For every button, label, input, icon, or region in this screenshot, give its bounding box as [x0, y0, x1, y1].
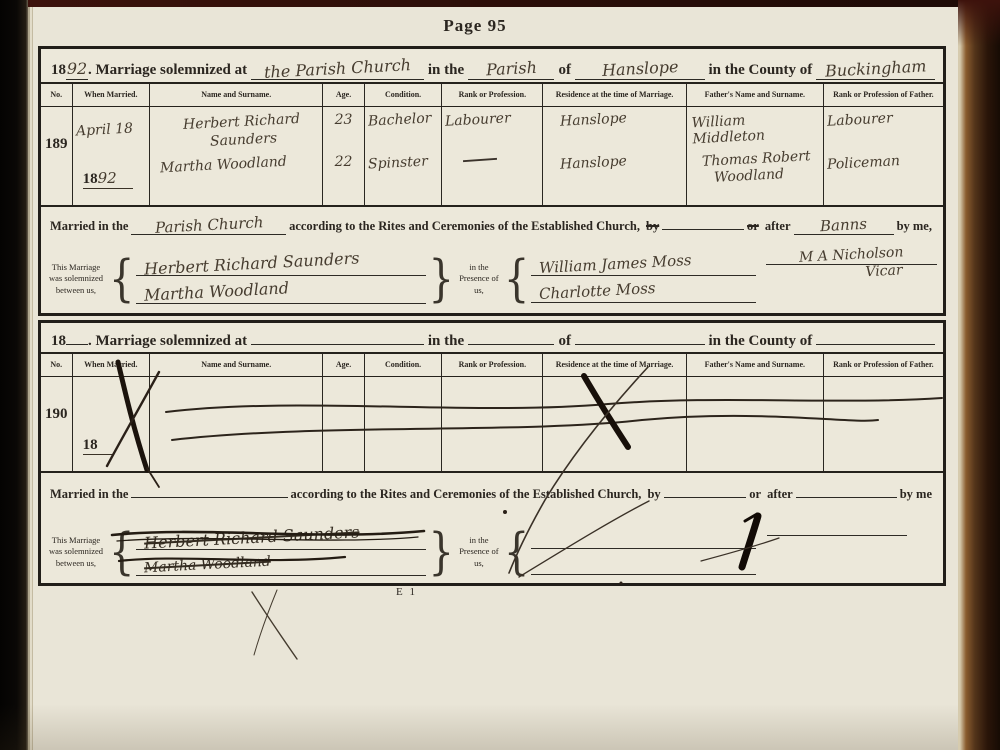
col-header-no: No. [41, 354, 73, 376]
county-handwritten: Buckingham [824, 56, 926, 80]
register-book-page: Page 95 1892. Marriage solemnized at the… [0, 0, 1000, 750]
married-in-place-blank [131, 493, 287, 498]
col-header-residence: Residence at the time of Marriage. [543, 354, 686, 376]
ages-cell-empty [323, 377, 364, 471]
witness-1-signature: William James Moss [539, 251, 692, 277]
plate-mark: E 1 [396, 586, 417, 598]
close-brace-glyph: } [428, 527, 453, 577]
bride-father-name-line2: Woodland [713, 166, 784, 186]
county-label: in the County of [709, 62, 813, 79]
marriage-year-prefix: 18 [83, 171, 98, 187]
entry-190-married-in-line: Married in the according to the Rites an… [41, 473, 943, 514]
names-cell: Herbert Richard Saunders Martha Woodland [150, 107, 323, 205]
rites-label: according to the Rites and Ceremonies of… [291, 487, 642, 502]
officiant-blank-line [767, 518, 907, 536]
bride-signature-crossed-out: Martha Woodland [144, 554, 272, 577]
father-name-cell: William Middleton Thomas Robert Woodland [687, 107, 824, 205]
by-label: by [647, 487, 660, 502]
year-prefix-printed: 18 [83, 437, 114, 455]
page-stack-edge-lines [28, 7, 36, 750]
when-married-cell: 18 [73, 377, 151, 471]
col-header-age: Age. [323, 354, 364, 376]
solemnized-at-label: . Marriage solemnized at [88, 333, 247, 350]
condition-cell: Bachelor Spinster [365, 107, 443, 205]
entry-190-signature-block: This Marriage was solemnized between us,… [41, 514, 943, 592]
entry-190-header-line: 18. Marriage solemnized at in the of in … [41, 323, 943, 352]
entry-189-column-headers: No. When Married. Name and Surname. Age.… [41, 82, 943, 107]
licence-blank [664, 493, 747, 498]
names-cell-empty [150, 377, 323, 471]
col-header-when-married: When Married. [73, 84, 151, 106]
col-header-when-married: When Married. [73, 354, 151, 376]
year-suffix-handwritten: 92 [67, 59, 87, 78]
this-marriage-label: This Marriage was solemnized between us, [45, 535, 107, 568]
banns-blank [796, 493, 897, 498]
of-label: of [558, 333, 571, 350]
residence-cell-empty [543, 377, 686, 471]
groom-signature-crossed-out: Herbert Richard Saunders [144, 522, 360, 552]
licence-blank [662, 225, 744, 230]
groom-name-line2: Saunders [209, 130, 277, 149]
book-gutter-left-edge [0, 0, 28, 750]
bride-name: Martha Woodland [159, 154, 287, 177]
entry-189-data-row: 189 April 18 1892 Herbert Richard Saunde… [41, 107, 943, 207]
year-prefix-printed: 18 [51, 333, 66, 350]
district-blank [468, 340, 554, 345]
groom-signature: Herbert Richard Saunders [144, 248, 360, 278]
entry-number: 190 [44, 406, 69, 423]
col-header-condition: Condition. [365, 354, 443, 376]
county-label: in the County of [709, 333, 813, 350]
close-brace-glyph: } [428, 254, 453, 304]
bride-signature: Martha Woodland [144, 278, 290, 305]
in-the-label: in the [428, 62, 464, 79]
groom-profession: Labourer [445, 110, 511, 129]
bride-father-profession: Policeman [826, 153, 900, 173]
col-header-name-surname: Name and Surname. [150, 84, 323, 106]
entry-189-header-line: 1892. Marriage solemnized at the Parish … [41, 49, 943, 82]
col-header-rank-profession: Rank or Profession. [442, 354, 543, 376]
witness-2-signature: Charlotte Moss [539, 279, 656, 303]
entry-190-data-row: 190 18 [41, 377, 943, 473]
marriage-year-suffix-handwritten: 92 [98, 169, 117, 187]
father-profession-cell-empty [824, 377, 943, 471]
of-label: of [558, 62, 571, 79]
or-label: or [749, 487, 761, 502]
witness-2-blank-line [531, 555, 756, 575]
groom-name-line1: Herbert Richard [183, 111, 301, 133]
col-header-name-surname: Name and Surname. [150, 354, 323, 376]
entry-190-column-headers: No. When Married. Name and Surname. Age.… [41, 352, 943, 377]
witness-1-blank-line [531, 529, 756, 549]
col-header-rank-profession: Rank or Profession. [442, 84, 543, 106]
bride-residence: Hanslope [560, 153, 628, 172]
open-brace-glyph: { [504, 527, 529, 577]
by-me-label: by me, [897, 219, 932, 234]
married-in-label: Married in the [50, 219, 128, 234]
groom-father-profession: Labourer [826, 110, 892, 129]
church-name-blank [251, 340, 424, 345]
book-cover-top-edge [0, 0, 1000, 7]
rites-label: according to the Rites and Ceremonies of… [289, 219, 640, 234]
after-label: after [767, 487, 793, 502]
profession-cell: Labourer [442, 107, 543, 205]
by-me-label: by me [900, 487, 932, 502]
col-header-condition: Condition. [365, 84, 443, 106]
entry-189-married-in-line: Married in the Parish Church according t… [41, 207, 943, 243]
page-number: Page 95 [0, 16, 950, 36]
entry-number-cell: 190 [41, 377, 73, 471]
marriage-year-prefix: 18 [83, 437, 98, 453]
col-header-age: Age. [323, 84, 364, 106]
col-header-residence: Residence at the time of Marriage. [543, 84, 686, 106]
open-brace-glyph: { [504, 254, 529, 304]
parish-blank [575, 340, 705, 345]
col-header-father-profession: Rank or Profession of Father. [824, 84, 943, 106]
by-label-struck: by [646, 219, 659, 234]
entry-number: 189 [44, 136, 69, 153]
condition-cell-empty [365, 377, 443, 471]
in-the-label: in the [428, 333, 464, 350]
after-label: after [765, 219, 791, 234]
district-handwritten: Parish [485, 58, 537, 80]
parish-handwritten: Hanslope [601, 57, 678, 80]
marriage-year: 1892 [83, 169, 133, 189]
col-header-father-name: Father's Name and Surname. [687, 354, 824, 376]
banns-handwritten: Banns [820, 215, 868, 235]
marriage-date-handwritten: April 18 [75, 121, 133, 140]
when-married-cell: April 18 1892 [73, 107, 151, 205]
year-suffix-blank [66, 340, 88, 345]
father-profession-cell: Labourer Policeman [824, 107, 943, 205]
this-marriage-label: This Marriage was solemnized between us, [45, 262, 107, 295]
presence-label: in the Presence of us, [456, 535, 502, 568]
bride-age: 22 [326, 154, 360, 170]
col-header-father-profession: Rank or Profession of Father. [824, 354, 943, 376]
groom-residence: Hanslope [560, 110, 628, 129]
open-brace-glyph: { [109, 254, 134, 304]
marriage-entry-189-form: 1892. Marriage solemnized at the Parish … [38, 46, 946, 316]
profession-cell-empty [442, 377, 543, 471]
groom-age: 23 [326, 112, 360, 128]
ages-cell: 23 22 [323, 107, 364, 205]
married-in-label: Married in the [50, 487, 128, 502]
residence-cell: Hanslope Hanslope [543, 107, 686, 205]
open-brace-glyph: { [109, 527, 134, 577]
groom-father-name: William Middleton [691, 109, 821, 148]
entry-number-cell: 189 [41, 107, 73, 205]
bride-condition: Spinster [367, 153, 428, 172]
married-in-place-handwritten: Parish Church [154, 213, 263, 237]
solemnized-at-label: . Marriage solemnized at [88, 62, 247, 79]
marriage-entry-190-form: 18. Marriage solemnized at in the of in … [38, 320, 946, 586]
book-cover-right-edge [958, 0, 1000, 750]
bride-profession-dash-stroke [463, 158, 497, 162]
church-name-handwritten: the Parish Church [264, 55, 412, 82]
entry-189-signature-block: This Marriage was solemnized between us,… [41, 243, 943, 317]
col-header-father-name: Father's Name and Surname. [687, 84, 824, 106]
year-prefix-printed: 18 [51, 62, 66, 79]
col-header-no: No. [41, 84, 73, 106]
father-name-cell-empty [687, 377, 824, 471]
groom-condition: Bachelor [367, 110, 431, 129]
or-label-struck: or [747, 219, 759, 234]
presence-label: in the Presence of us, [456, 262, 502, 295]
county-blank [816, 340, 935, 345]
